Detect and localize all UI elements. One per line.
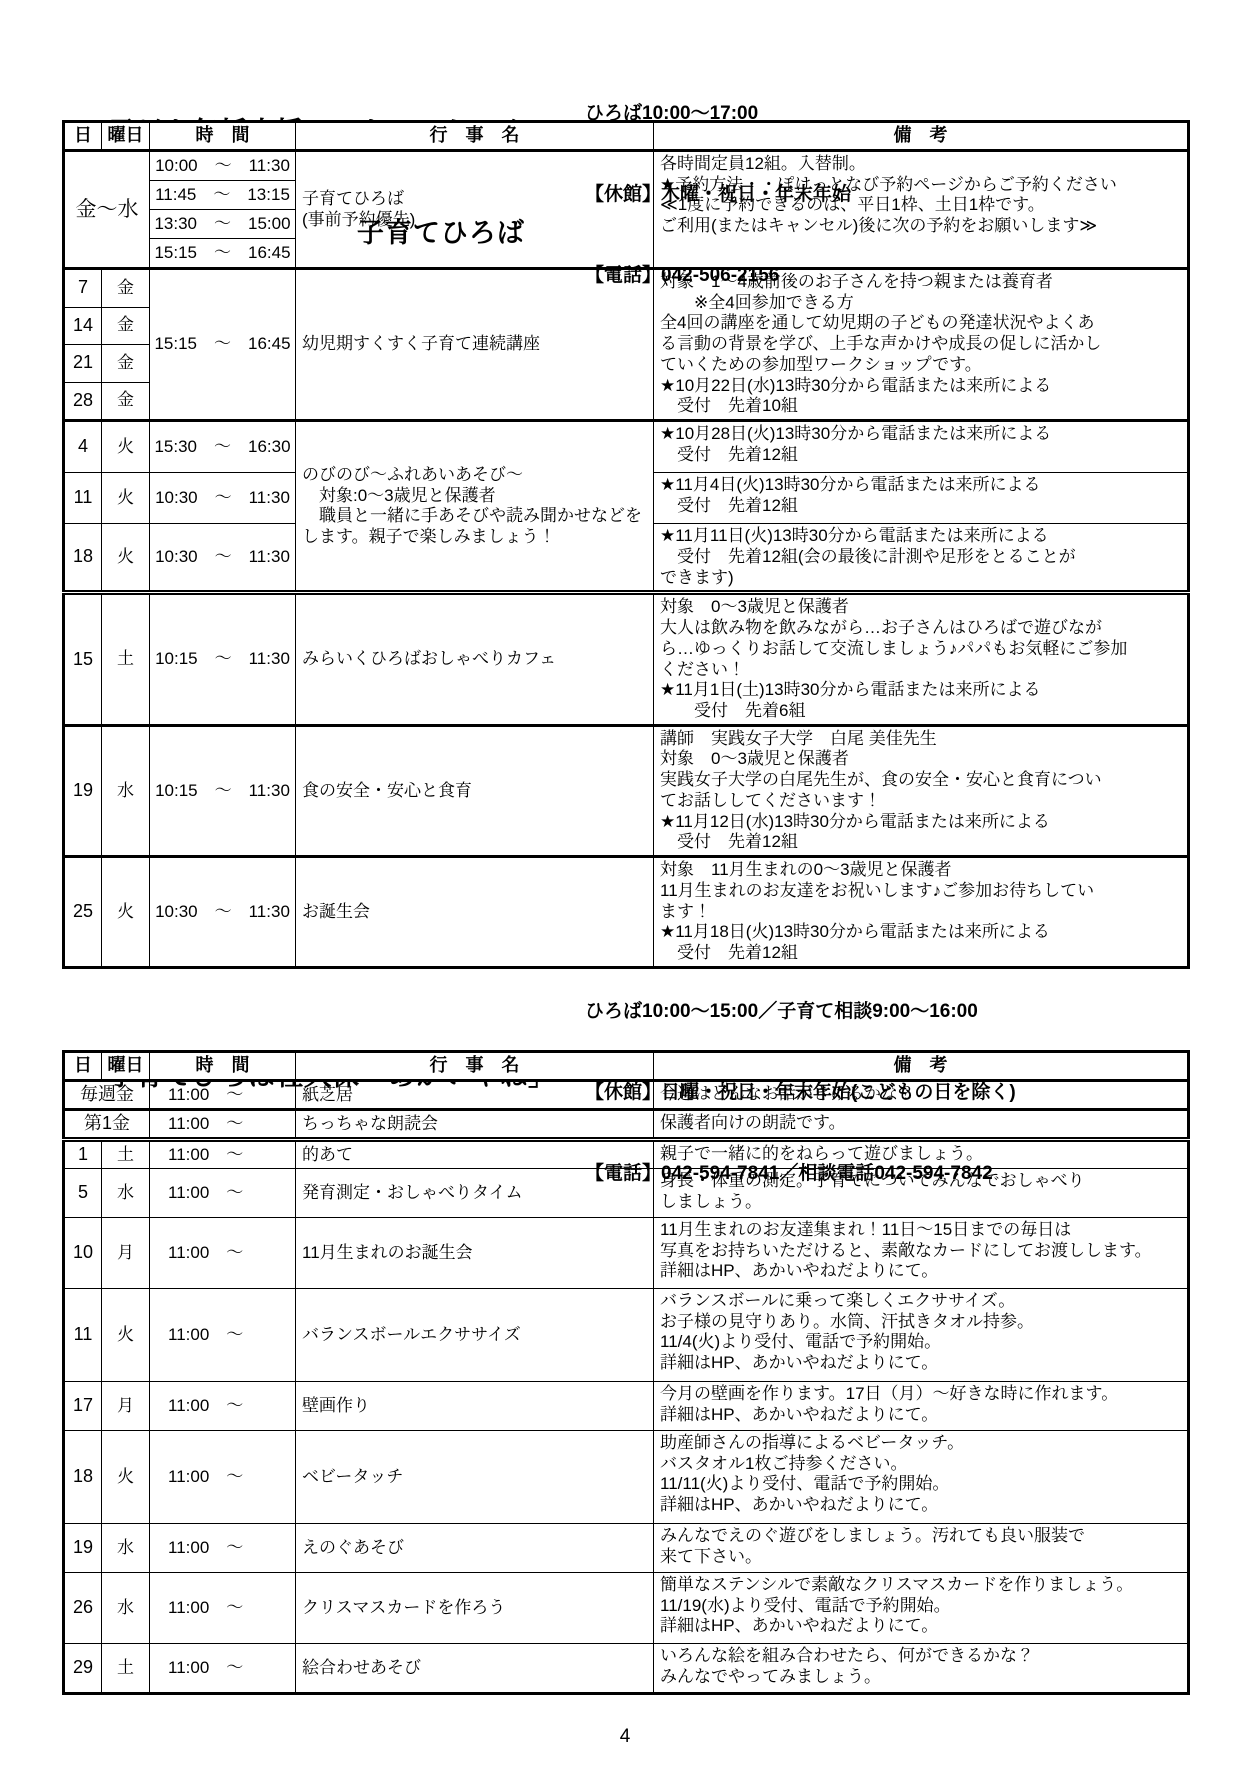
event-cell: 絵合わせあそび	[296, 1644, 654, 1694]
column-header: 曜日	[102, 1052, 150, 1081]
notes-cell: 対象 0～3歳児と保護者 大人は飲み物を飲みながら…お子さんはひろばで遊びなが …	[654, 593, 1189, 725]
time2-cell: 11:00 ～	[150, 1289, 296, 1382]
wd-cell: 火	[102, 524, 150, 593]
notes-cell: 今月の壁画を作ります。17日（月）～好きな時に作れます。 詳細はHP、あかいやね…	[654, 1382, 1189, 1431]
table-row: 金～水10:00 ～ 11:30子育てひろば (事前予約優先)各時間定員12組。…	[64, 151, 1189, 181]
table-row: 17月11:00 ～壁画作り今月の壁画を作ります。17日（月）～好きな時に作れま…	[64, 1382, 1189, 1431]
dayspan-cell: 金～水	[64, 151, 150, 269]
table-row: 7金15:15 ～ 16:45幼児期すくすく子育て連続講座対象 1～4歳前後のお…	[64, 269, 1189, 308]
day-cell: 19	[64, 1524, 102, 1573]
table-row: 4火15:30 ～ 16:30のびのび～ふれあいあそび～ 対象:0～3歳児と保護…	[64, 421, 1189, 473]
wd-cell: 水	[102, 725, 150, 856]
time-cell: 11:45 ～ 13:15	[150, 181, 296, 210]
time-cell: 15:30 ～ 16:30	[150, 421, 296, 473]
wd-cell: 火	[102, 473, 150, 524]
event-cell: 子育てひろば (事前予約優先)	[296, 151, 654, 269]
event-cell: 的あて	[296, 1140, 654, 1169]
column-header: 行 事 名	[296, 1052, 654, 1081]
document-page: 子ども包括支援センターみらいく 子育てひろば ひろば10:00～17:00 【休…	[0, 0, 1250, 1781]
time2-cell: 11:00 ～	[150, 1218, 296, 1289]
time2-cell: 11:00 ～	[150, 1431, 296, 1524]
time-cell: 10:30 ～ 11:30	[150, 473, 296, 524]
day-cell: 14	[64, 307, 102, 344]
event-cell: のびのび～ふれあいあそび～ 対象:0～3歳児と保護者 職員と一緒に手あそびや読み…	[296, 421, 654, 593]
day-cell: 18	[64, 524, 102, 593]
schedule-grid: 日曜日時 間行 事 名備 考毎週金11:00 ～紙芝居今週はどんなお話がきけるか…	[62, 1050, 1190, 1695]
time-cell: 15:15 ～ 16:45	[150, 269, 296, 421]
column-header: 時 間	[150, 1052, 296, 1081]
day-cell: 毎週金	[64, 1081, 150, 1110]
notes-cell: いろんな絵を組み合わせたら、何ができるかな？ みんなでやってみましょう。	[654, 1644, 1189, 1694]
day-cell: 4	[64, 421, 102, 473]
table-row: 26水11:00 ～クリスマスカードを作ろう簡単なステンシルで素敵なクリスマスカ…	[64, 1573, 1189, 1644]
day-cell: 5	[64, 1169, 102, 1218]
time2-cell: 11:00 ～	[150, 1524, 296, 1573]
day-cell: 18	[64, 1431, 102, 1524]
notes-cell: 各時間定員12組。入替制。 ★予約方法・・ぽけっとなび予約ページからご予約くださ…	[654, 151, 1189, 269]
time2-cell: 11:00 ～	[150, 1573, 296, 1644]
event-cell: 紙芝居	[296, 1081, 654, 1110]
notes-cell: 11月生まれのお友達集まれ！11日～15日までの毎日は 写真をお持ちいただけると…	[654, 1218, 1189, 1289]
wd-cell: 水	[102, 1524, 150, 1573]
day-cell: 21	[64, 345, 102, 382]
day-cell: 28	[64, 382, 102, 421]
table-row: 19水11:00 ～えのぐあそびみんなでえのぐ遊びをしましょう。汚れても良い服装…	[64, 1524, 1189, 1573]
notes-cell: みんなでえのぐ遊びをしましょう。汚れても良い服装で 来て下さい。	[654, 1524, 1189, 1573]
day-cell: 7	[64, 269, 102, 308]
day-cell: 10	[64, 1218, 102, 1289]
day-cell: 26	[64, 1573, 102, 1644]
wd-cell: 火	[102, 857, 150, 968]
table-row: 毎週金11:00 ～紙芝居今週はどんなお話がきけるかな？	[64, 1081, 1189, 1110]
event-cell: みらいくひろばおしゃべりカフェ	[296, 593, 654, 725]
notes-cell: 簡単なステンシルで素敵なクリスマスカードを作りましょう。 11/19(水)より受…	[654, 1573, 1189, 1644]
event-cell: 幼児期すくすく子育て連続講座	[296, 269, 654, 421]
wd-cell: 火	[102, 1431, 150, 1524]
wd-cell: 月	[102, 1382, 150, 1431]
akaiyane-schedule-table: 日曜日時 間行 事 名備 考毎週金11:00 ～紙芝居今週はどんなお話がきけるか…	[62, 1050, 1190, 1695]
time2-cell: 11:00 ～	[150, 1382, 296, 1431]
day-cell: 17	[64, 1382, 102, 1431]
event-cell: クリスマスカードを作ろう	[296, 1573, 654, 1644]
notes-cell: 助産師さんの指導によるベビータッチ。 バスタオル1枚ご持参ください。 11/11…	[654, 1431, 1189, 1524]
wd-cell: 土	[102, 593, 150, 725]
time2-cell: 11:00 ～	[150, 1140, 296, 1169]
day-cell: 29	[64, 1644, 102, 1694]
time-cell: 15:15 ～ 16:45	[150, 239, 296, 269]
table-row: 第1金11:00 ～ちっちゃな朗読会保護者向けの朗読です。	[64, 1110, 1189, 1140]
wd-cell: 金	[102, 382, 150, 421]
event-cell: えのぐあそび	[296, 1524, 654, 1573]
notes-cell: 講師 実践女子大学 白尾 美佳先生 対象 0～3歳児と保護者 実践女子大学の白尾…	[654, 725, 1189, 856]
column-header: 日	[64, 1052, 102, 1081]
miraiku-schedule-table: 日曜日時 間行 事 名備 考金～水10:00 ～ 11:30子育てひろば (事前…	[62, 120, 1190, 969]
time-cell: 10:00 ～ 11:30	[150, 151, 296, 181]
schedule-grid: 日曜日時 間行 事 名備 考金～水10:00 ～ 11:30子育てひろば (事前…	[62, 120, 1190, 969]
time-cell: 10:30 ～ 11:30	[150, 857, 296, 968]
wd-cell: 金	[102, 269, 150, 308]
notes-cell: 身長・体重の測定。子育てについてみんなでおしゃべり しましょう。	[654, 1169, 1189, 1218]
wd-cell: 土	[102, 1644, 150, 1694]
wd-cell: 水	[102, 1573, 150, 1644]
column-header: 曜日	[102, 122, 150, 151]
event-cell: 11月生まれのお誕生会	[296, 1218, 654, 1289]
table-row: 29土11:00 ～絵合わせあそびいろんな絵を組み合わせたら、何ができるかな？ …	[64, 1644, 1189, 1694]
page-number: 4	[0, 1726, 1250, 1748]
column-header: 時 間	[150, 122, 296, 151]
event-cell: 壁画作り	[296, 1382, 654, 1431]
time2-cell: 11:00 ～	[150, 1081, 296, 1110]
column-header: 備 考	[654, 122, 1189, 151]
table-row: 11火11:00 ～バランスボールエクササイズバランスボールに乗って楽しくエクサ…	[64, 1289, 1189, 1382]
info-line-hours: ひろば10:00～15:00／子育て相談9:00～16:00	[585, 998, 1016, 1025]
column-header: 行 事 名	[296, 122, 654, 151]
notes-cell: ★11月11日(火)13時30分から電話または来所による 受付 先着12組(会の…	[654, 524, 1189, 593]
wd-cell: 土	[102, 1140, 150, 1169]
notes-cell: バランスボールに乗って楽しくエクササイズ。 お子様の見守りあり。水筒、汗拭きタオ…	[654, 1289, 1189, 1382]
column-header: 日	[64, 122, 102, 151]
table-row: 10月11:00 ～11月生まれのお誕生会11月生まれのお友達集まれ！11日～1…	[64, 1218, 1189, 1289]
event-cell: 発育測定・おしゃべりタイム	[296, 1169, 654, 1218]
event-cell: バランスボールエクササイズ	[296, 1289, 654, 1382]
time2-cell: 11:00 ～	[150, 1169, 296, 1218]
column-header: 備 考	[654, 1052, 1189, 1081]
day-cell: 15	[64, 593, 102, 725]
notes-cell: 保護者向けの朗読です。	[654, 1110, 1189, 1140]
table-row: 5水11:00 ～発育測定・おしゃべりタイム身長・体重の測定。子育てについてみん…	[64, 1169, 1189, 1218]
wd-cell: 金	[102, 307, 150, 344]
day-cell: 11	[64, 473, 102, 524]
event-cell: 食の安全・安心と食育	[296, 725, 654, 856]
notes-cell: 親子で一緒に的をねらって遊びましょう。	[654, 1140, 1189, 1169]
day-cell: 11	[64, 1289, 102, 1382]
time-cell: 10:30 ～ 11:30	[150, 524, 296, 593]
table-row: 18火11:00 ～ベビータッチ助産師さんの指導によるベビータッチ。 バスタオル…	[64, 1431, 1189, 1524]
event-cell: ベビータッチ	[296, 1431, 654, 1524]
wd-cell: 金	[102, 345, 150, 382]
event-cell: ちっちゃな朗読会	[296, 1110, 654, 1140]
table-row: 1土11:00 ～的あて親子で一緒に的をねらって遊びましょう。	[64, 1140, 1189, 1169]
time2-cell: 11:00 ～	[150, 1644, 296, 1694]
table-row: 19水10:15 ～ 11:30食の安全・安心と食育講師 実践女子大学 白尾 美…	[64, 725, 1189, 856]
wd-cell: 水	[102, 1169, 150, 1218]
notes-cell: 対象 1～4歳前後のお子さんを持つ親または養育者 ※全4回参加できる方 全4回の…	[654, 269, 1189, 421]
time-cell: 13:30 ～ 15:00	[150, 210, 296, 239]
time2-cell: 11:00 ～	[150, 1110, 296, 1140]
time-cell: 10:15 ～ 11:30	[150, 725, 296, 856]
time-cell: 10:15 ～ 11:30	[150, 593, 296, 725]
day-cell: 1	[64, 1140, 102, 1169]
table-row: 15土10:15 ～ 11:30みらいくひろばおしゃべりカフェ対象 0～3歳児と…	[64, 593, 1189, 725]
notes-cell: ★10月28日(火)13時30分から電話または来所による 受付 先着12組	[654, 421, 1189, 473]
day-cell: 25	[64, 857, 102, 968]
day-cell: 19	[64, 725, 102, 856]
day-cell: 第1金	[64, 1110, 150, 1140]
notes-cell: ★11月4日(火)13時30分から電話または来所による 受付 先着12組	[654, 473, 1189, 524]
wd-cell: 月	[102, 1218, 150, 1289]
wd-cell: 火	[102, 421, 150, 473]
notes-cell: 今週はどんなお話がきけるかな？	[654, 1081, 1189, 1110]
wd-cell: 火	[102, 1289, 150, 1382]
